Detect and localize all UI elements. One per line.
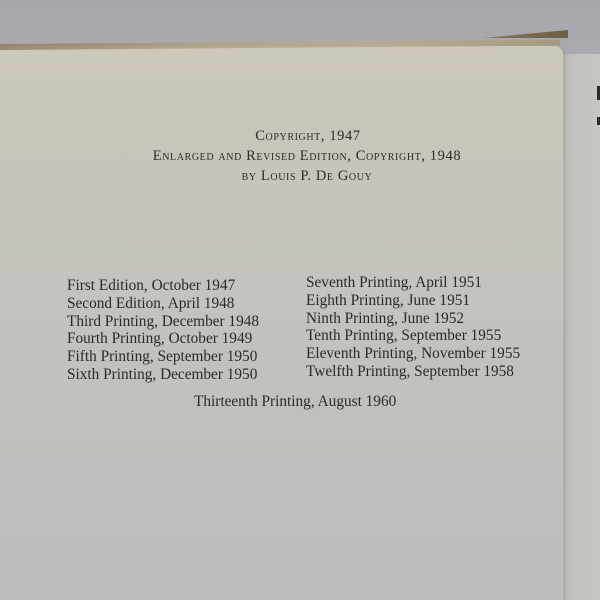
printing-history-right-column: Seventh Printing, April 1951 Eighth Prin… [306,274,520,381]
printing-entry: Seventh Printing, April 1951 [306,274,520,292]
printing-entry: First Edition, October 1947 [67,277,259,295]
printing-entry: Third Printing, December 1948 [67,313,259,331]
final-printing-entry: Thirteenth Printing, August 1960 [194,393,396,411]
printing-entry: Second Edition, April 1948 [67,295,259,313]
printing-entry: Ninth Printing, June 1952 [306,310,520,328]
printing-entry: Eighth Printing, June 1951 [306,292,520,310]
printing-entry: Fifth Printing, September 1950 [67,348,259,366]
printing-entry: Twelfth Printing, September 1958 [306,363,520,381]
printing-entry: Tenth Printing, September 1955 [306,327,520,345]
printing-entry: Eleventh Printing, November 1955 [306,345,520,363]
printing-entry: Fourth Printing, October 1949 [67,330,259,348]
printing-history-left-column: First Edition, October 1947 Second Editi… [67,277,259,384]
copyright-notice: Copyright, 1947 Enlarged and Revised Edi… [0,126,600,186]
copyright-line: Copyright, 1947 [0,126,600,146]
printing-entry: Sixth Printing, December 1950 [67,366,259,384]
revised-edition-copyright-line: Enlarged and Revised Edition, Copyright,… [0,146,600,166]
author-line: by Louis P. De Gouy [0,166,600,186]
